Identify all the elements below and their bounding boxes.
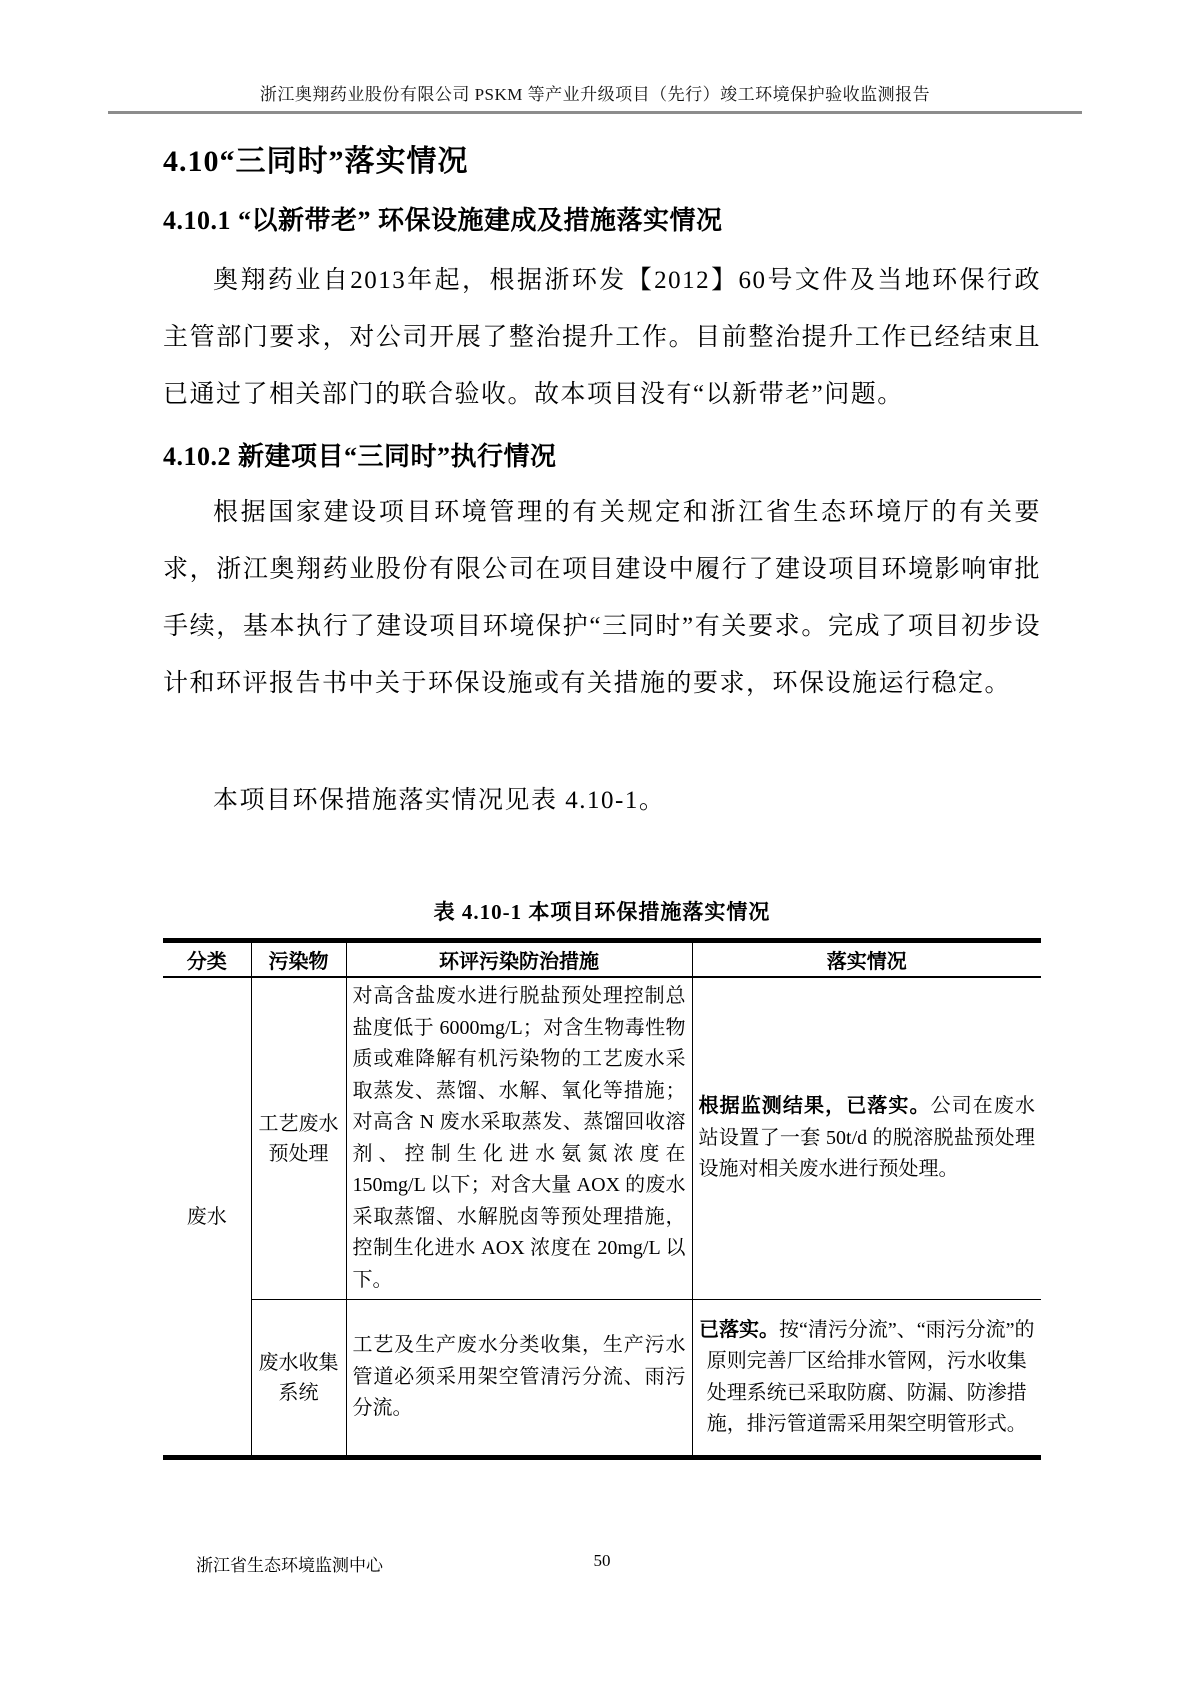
paragraph-table-reference: 本项目环保措施落实情况见表 4.10-1。 <box>163 772 1041 829</box>
cell-status-pretreatment: 根据监测结果，已落实。公司在废水站设置了一套 50t/d 的脱溶脱盐预处理设施对… <box>692 977 1041 1300</box>
page-header-title: 浙江奥翔药业股份有限公司 PSKM 等产业升级项目（先行）竣工环境保护验收监测报… <box>0 80 1190 105</box>
environmental-measures-table: 分类 污染物 环评污染防治措施 落实情况 废水 工艺废水预处理 对高含盐废水进行… <box>163 938 1041 1460</box>
footer-page-number: 50 <box>163 1551 1041 1571</box>
table-row: 废水 工艺废水预处理 对高含盐废水进行脱盐预处理控制总盐度低于 6000mg/L… <box>163 977 1041 1300</box>
paragraph-old-facilities: 奥翔药业自2013年起，根据浙环发【2012】60号文件及当地环保行政主管部门要… <box>163 252 1041 423</box>
table-caption: 表 4.10-1 本项目环保措施落实情况 <box>163 896 1041 926</box>
column-header-status: 落实情况 <box>692 941 1041 978</box>
cell-status-collection: 已落实。按“清污分流”、“雨污分流”的原则完善厂区给排水管网，污水收集处理系统已… <box>692 1300 1041 1458</box>
table-row: 废水收集系统 工艺及生产废水分类收集，生产污水管道必须采用架空管清污分流、雨污分… <box>163 1300 1041 1458</box>
column-header-pollutant: 污染物 <box>251 941 346 978</box>
column-header-measure: 环评污染防治措施 <box>346 941 692 978</box>
cell-measure-pretreatment: 对高含盐废水进行脱盐预处理控制总盐度低于 6000mg/L；对含生物毒性物质或难… <box>346 977 692 1300</box>
status-bold-text: 已落实。 <box>699 1319 779 1341</box>
table-header-row: 分类 污染物 环评污染防治措施 落实情况 <box>163 941 1041 978</box>
cell-measure-collection: 工艺及生产废水分类收集，生产污水管道必须采用架空管清污分流、雨污分流。 <box>346 1300 692 1458</box>
section-heading-4-10-1: 4.10.1 “以新带老” 环保设施建成及措施落实情况 <box>163 200 723 237</box>
cell-pollutant-pretreatment: 工艺废水预处理 <box>251 977 346 1300</box>
cell-category-wastewater: 废水 <box>163 977 251 1458</box>
section-heading-4-10: 4.10“三同时”落实情况 <box>163 136 469 180</box>
document-page: 浙江奥翔药业股份有限公司 PSKM 等产业升级项目（先行）竣工环境保护验收监测报… <box>0 0 1190 1683</box>
header-divider <box>108 111 1082 114</box>
column-header-category: 分类 <box>163 941 251 978</box>
paragraph-three-simultaneous: 根据国家建设项目环境管理的有关规定和浙江省生态环境厅的有关要求，浙江奥翔药业股份… <box>163 484 1041 712</box>
cell-pollutant-collection: 废水收集系统 <box>251 1300 346 1458</box>
status-bold-text: 根据监测结果，已落实。 <box>699 1095 931 1117</box>
section-heading-4-10-2: 4.10.2 新建项目“三同时”执行情况 <box>163 436 557 473</box>
